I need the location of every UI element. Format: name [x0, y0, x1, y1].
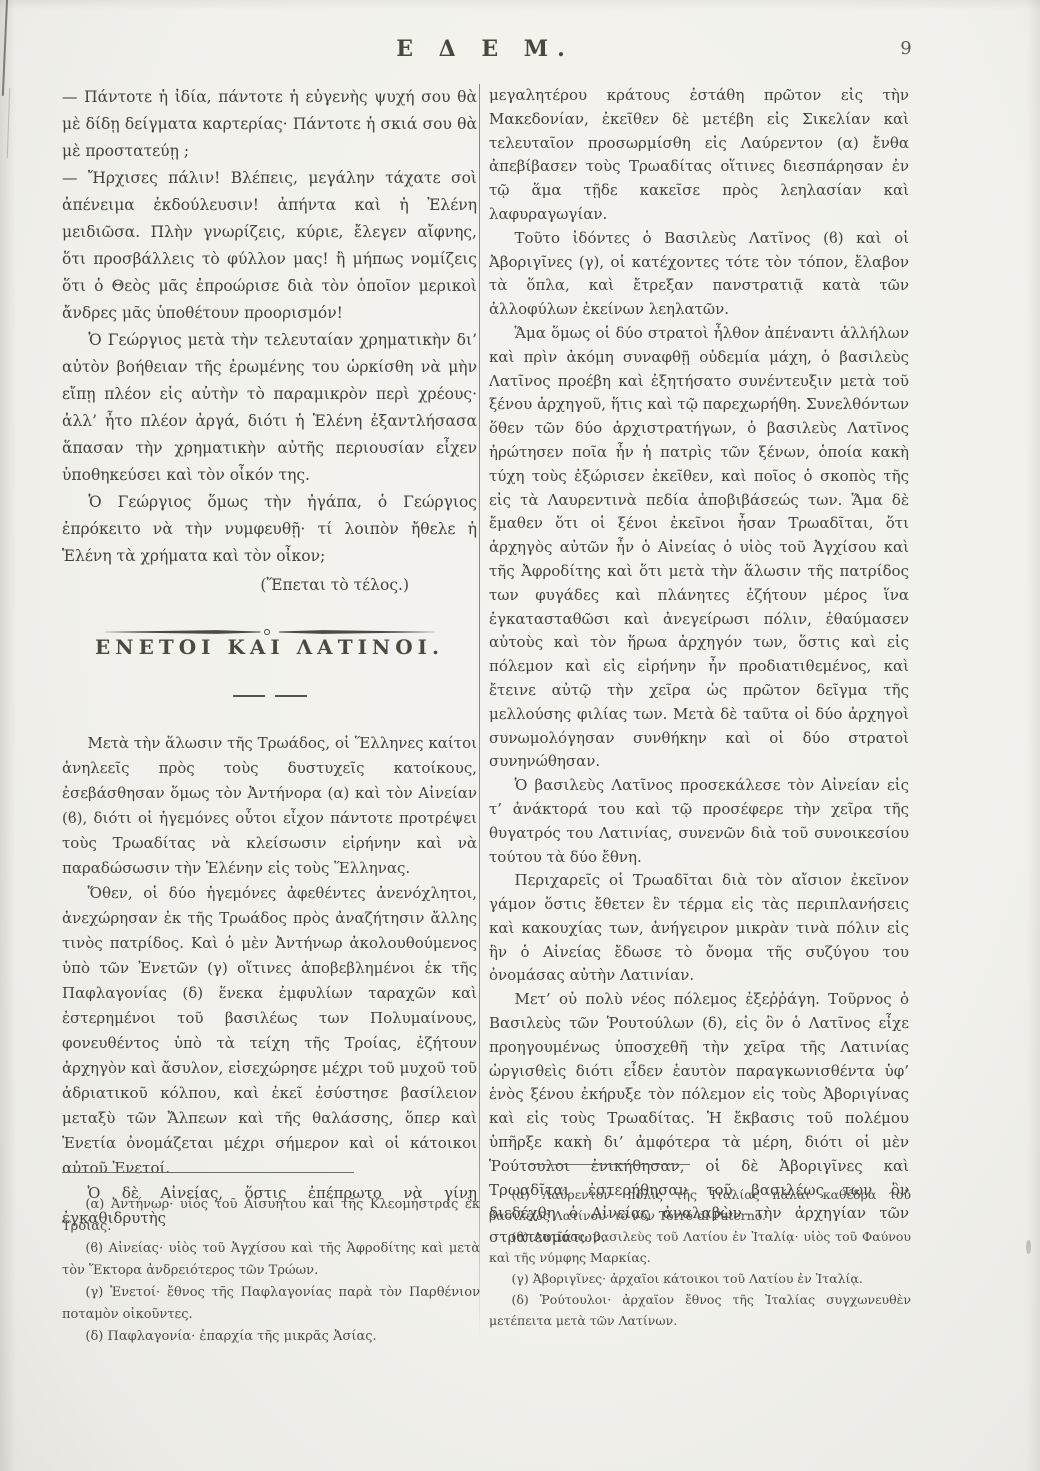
section-paragraph: Ὁ βασιλεὺς Λατῖνος προσεκάλεσε τὸν Αἰνεί… — [489, 774, 909, 869]
footnote: (δ) Ῥούτουλοι· ἀρχαῖον ἔθνος τῆς Ἰταλίας… — [489, 1289, 911, 1331]
subdivider-dash — [233, 695, 265, 697]
ornament-divider — [105, 629, 435, 635]
section-title: ΕΝΕΤΟΙ ΚΑΙ ΛΑΤΙΝΟΙ. — [62, 635, 477, 659]
story-paragraph: — Πάντοτε ἡ ἰδία, πάντοτε ἡ εὐγενὴς ψυχή… — [62, 84, 477, 165]
ornament-rule-right — [279, 630, 435, 634]
footnote-rule-left — [62, 1172, 354, 1173]
page-number: 9 — [886, 38, 926, 59]
footnotes-right: (α) Λαύρεντον· πόλις τῆς Ἰταλίας πάλαι κ… — [489, 1184, 911, 1331]
section-subdivider — [233, 695, 307, 697]
scan-artifact — [1026, 1240, 1031, 1254]
footnotes-left: (α) Ἀντήνωρ· υἱὸς τοῦ Αἰσυήτου καὶ τῆς Κ… — [62, 1194, 480, 1348]
footnote: (γ) Ἐνετοί· ἔθνος τῆς Παφλαγονίας παρὰ τ… — [62, 1282, 480, 1326]
scan-artifact — [7, 88, 10, 158]
scanned-page: Ε Δ Ε Μ. 9 — Πάντοτε ἡ ἰδία, πάντοτε ἡ ε… — [0, 0, 1040, 1471]
ornament-center-ring — [264, 629, 270, 635]
story-paragraph: Ὁ Γεώργιος ὅμως τὴν ἠγάπα, ὁ Γεώργιος ἐπ… — [62, 489, 477, 570]
footnote: (γ) Ἀβοριγῖνες· ἀρχαῖοι κάτοικοι τοῦ Λατ… — [489, 1268, 911, 1289]
section-paragraph: Ἅμα ὅμως οἱ δύο στρατοὶ ἦλθον ἀπέναντι ἀ… — [489, 322, 909, 774]
column-divider-rule — [479, 84, 480, 1340]
section-paragraph: Ὅθεν, οἱ δύο ἡγεμόνες ἀφεθέντες ἀνενόχλη… — [62, 881, 477, 1181]
footnote: (α) Λαύρεντον· πόλις τῆς Ἰταλίας πάλαι κ… — [489, 1184, 911, 1226]
footnote: (ϐ) Αἰνείας· υἱὸς τοῦ Ἀγχίσου καὶ τῆς Ἀφ… — [62, 1238, 480, 1282]
story-paragraph: — Ἤρχισες πάλιν! Βλέπεις, μεγάλην τάχατε… — [62, 165, 477, 327]
footnote-rule-right — [530, 1164, 690, 1165]
footnote: (α) Ἀντήνωρ· υἱὸς τοῦ Αἰσυήτου καὶ τῆς Κ… — [62, 1194, 480, 1238]
continuation-paragraph: μεγαλητέρου κράτους ἐστάθη πρῶτον εἰς τὴ… — [489, 84, 909, 227]
scan-artifact — [2, 0, 8, 96]
to-be-continued-note: (Ἕπεται τὸ τέλος.) — [62, 572, 477, 599]
footnote: (ϐ) Λατῖνος· βασιλεὺς τοῦ Λατίου ἐν Ἰταλ… — [489, 1226, 911, 1268]
left-column: — Πάντοτε ἡ ἰδία, πάντοτε ἡ εὐγενὴς ψυχή… — [62, 84, 477, 1231]
section-paragraph: Περιχαρεῖς οἱ Τρωαδῖται διὰ τὸν αἴσιον ἐ… — [489, 869, 909, 988]
ornament-rule-left — [105, 630, 261, 634]
subdivider-dash — [275, 695, 307, 697]
section-paragraph: Τοῦτο ἰδόντες ὁ Βασιλεὺς Λατῖνος (ϐ) καὶ… — [489, 227, 909, 322]
footnote: (δ) Παφλαγονία· ἐπαρχία τῆς μικρᾶς Ἀσίας… — [62, 1326, 480, 1348]
section-paragraph: Μετὰ τὴν ἅλωσιν τῆς Τρωάδος, οἱ Ἕλληνες … — [62, 731, 477, 881]
story-paragraph: Ὁ Γεώργιος μετὰ τὴν τελευταίαν χρηματικὴ… — [62, 327, 477, 489]
masthead-title: Ε Δ Ε Μ. — [62, 36, 908, 62]
right-column: μεγαλητέρου κράτους ἐστάθη πρῶτον εἰς τὴ… — [489, 84, 909, 1250]
